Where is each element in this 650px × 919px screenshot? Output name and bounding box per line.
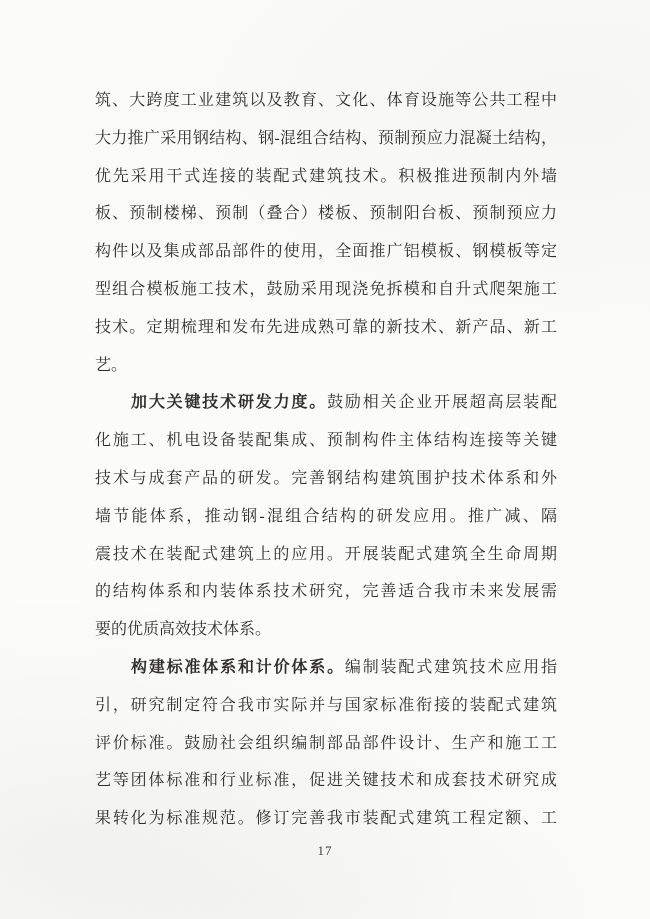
paragraph-last-line: 要的优质高效技术体系。 (95, 611, 557, 649)
paragraph-line: 艺等团体标准和行业标准，促进关键技术和成套技术研究成 (95, 762, 557, 800)
paragraph-lead-line: 加大关键技术研发力度。鼓励相关企业开展超高层装配 (95, 384, 557, 422)
paragraph-line: 大力推广采用钢结构、钢-混组合结构、预制预应力混凝土结构， (95, 120, 557, 158)
paragraph-line: 板、预制楼梯、预制（叠合）楼板、预制阳台板、预制预应力 (95, 195, 557, 233)
paragraph-line: 震技术在装配式建筑上的应用。开展装配式建筑全生命周期 (95, 536, 557, 574)
paragraph-line: 墙节能体系，推动钢-混组合结构的研发应用。推广减、隔 (95, 498, 557, 536)
paragraph-line: 技术。定期梳理和发布先进成熟可靠的新技术、新产品、新工 (95, 309, 557, 347)
paragraph-lead-heading: 加大关键技术研发力度。 (131, 394, 327, 411)
document-body: 筑、大跨度工业建筑以及教育、文化、体育设施等公共工程中 大力推广采用钢结构、钢-… (95, 82, 557, 838)
paragraph-lead-rest: 鼓励相关企业开展超高层装配 (327, 394, 557, 411)
paragraph-line: 的结构体系和内装体系技术研究，完善适合我市未来发展需 (95, 573, 557, 611)
paragraph-line: 优先采用干式连接的装配式建筑技术。积极推进预制内外墙 (95, 158, 557, 196)
page-number: 17 (0, 843, 650, 859)
paragraph-line: 化施工、机电设备装配集成、预制构件主体结构连接等关键 (95, 422, 557, 460)
paragraph-line: 筑、大跨度工业建筑以及教育、文化、体育设施等公共工程中 (95, 82, 557, 120)
paragraph-line: 技术与成套产品的研发。完善钢结构建筑围护技术体系和外 (95, 460, 557, 498)
paragraph-line: 评价标准。鼓励社会组织编制部品部件设计、生产和施工工 (95, 725, 557, 763)
paragraph-lead-heading: 构建标准体系和计价体系。 (131, 659, 345, 676)
paragraph-lead-rest: 编制装配式建筑技术应用指 (345, 659, 557, 676)
paragraph-line: 果转化为标准规范。修订完善我市装配式建筑工程定额、工 (95, 800, 557, 838)
paragraph-line: 构件以及集成部品部件的使用，全面推广铝模板、钢模板等定 (95, 233, 557, 271)
paragraph-line: 引，研究制定符合我市实际并与国家标准衔接的装配式建筑 (95, 687, 557, 725)
paragraph-last-line: 艺。 (95, 347, 557, 385)
paragraph-lead-line: 构建标准体系和计价体系。编制装配式建筑技术应用指 (95, 649, 557, 687)
paragraph-line: 型组合模板施工技术，鼓励采用现浇免拆模和自升式爬架施工 (95, 271, 557, 309)
